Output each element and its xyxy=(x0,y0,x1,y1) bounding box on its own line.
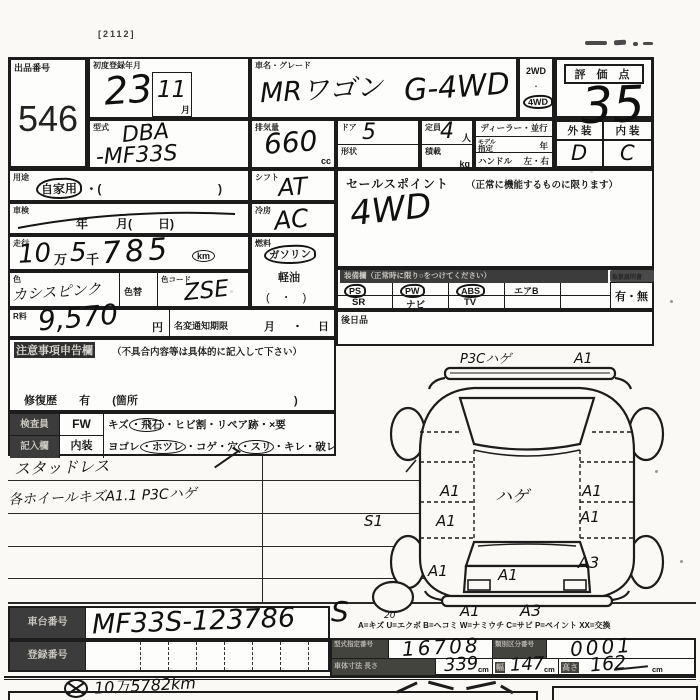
dealer-box: ディーラー・並行 モデル 指定 年 ハンドル 左・右 xyxy=(474,119,554,169)
chassis-number: MF33S-123786 xyxy=(92,604,296,638)
rename-day: 日 xyxy=(318,318,329,334)
chassis-row: 車台番号 MF33S-123786 xyxy=(8,606,330,640)
capacity-load-box: 定員 4 人 積載 kg xyxy=(420,119,474,169)
model-year-cell: モデル 指定 年 xyxy=(476,137,552,153)
interior-items: ヨゴレホツレコゲ穴スリキレ破レ xyxy=(108,439,336,454)
auction-sheet: [2112] 出品番号 546 初度登録年月 23 11 月 車名・グレード M… xyxy=(0,0,700,700)
fuel-diesel: 軽油 xyxy=(278,269,300,285)
rename-dot: ・ xyxy=(292,318,303,334)
repair-label: 修復歴 xyxy=(24,395,57,407)
mileage-man: 10 xyxy=(17,240,51,268)
auction-number-label: 出品番号 xyxy=(14,61,50,74)
legend-hand-s: S xyxy=(331,598,349,626)
notice-box: 注意事項申告欄 （不具合内容等は具体的に記入して下さい） 修復歴 有 (箇所 ) xyxy=(8,338,336,412)
equipment-box: 装備欄（正常時に限り○をつけてください） 取扱説明書 PS PW ABS エアB… xyxy=(336,268,654,310)
displacement-value: 660 xyxy=(263,127,318,159)
interior-item: コゲ xyxy=(186,441,218,453)
tail-lamp-left xyxy=(468,580,490,590)
use-row: 用途 自家用 ・( ) xyxy=(8,169,250,202)
month-unit: 月 xyxy=(181,103,190,116)
partial-bottom-left-box xyxy=(8,691,538,700)
interior-item: 破レ xyxy=(305,441,337,453)
interior-item-circled: ホツレ xyxy=(140,440,186,454)
type-no-label: 型式指定番号 xyxy=(332,640,389,658)
tail-lamp-right xyxy=(564,580,586,590)
fuel-cell: 燃料 ガソリン 軽油 ( ・ ) xyxy=(250,235,336,308)
diagram-gate-mark: A1 xyxy=(497,566,518,584)
capacity-label: 定員 xyxy=(425,122,441,133)
inspector-label-1: 検査員 xyxy=(10,414,60,436)
use-value: 自家用 xyxy=(36,177,83,200)
registration-label: 登録番号 xyxy=(10,642,86,670)
color-code: ZSE xyxy=(183,278,230,306)
rename-deadline-cell: 名変通知期限 月 ・ 日 xyxy=(170,310,338,336)
scan-corner-mark: [2112] xyxy=(98,29,136,39)
inspector-note-2: 各ホイールキズA1.1 P3Cハゲ xyxy=(8,487,197,508)
fw-item: ×要 xyxy=(259,419,286,431)
notice-label: 注意事項申告欄 xyxy=(14,342,95,358)
type-class-table: 型式指定番号 16708 類別区分番号 0001 車体寸法 長さ 339 cm … xyxy=(330,638,696,676)
use-paren-close: ) xyxy=(218,182,222,196)
drive-type-box: 2WD ・ 4WD xyxy=(518,57,554,119)
displacement-unit: cc xyxy=(321,156,331,166)
model-code-label: 型式 xyxy=(93,122,109,133)
scan-smudge xyxy=(643,42,653,45)
repair-value: 有 xyxy=(79,395,90,407)
first-registration-box: 初度登録年月 23 11 月 xyxy=(88,57,250,119)
spare-tire xyxy=(373,582,413,612)
diagram-lr-door-mark: A1 xyxy=(435,512,456,530)
man-unit: 万 xyxy=(54,249,67,268)
inspector-note-1: スタッドレス xyxy=(14,458,110,477)
diagram-left-side-mark: S1 xyxy=(364,512,383,530)
partial-bottom-right-box xyxy=(552,686,698,700)
diagram-lr-quarter-mark: A1 xyxy=(427,562,448,580)
diagram-lf-door-mark: A1 xyxy=(439,482,460,500)
fuel-gasoline-wrap: ガソリン xyxy=(264,245,316,264)
inspector-label-2: 記入欄 xyxy=(10,436,60,458)
width-value: 147 xyxy=(510,655,545,675)
stray-mark xyxy=(406,460,416,472)
sales-point-box: セールスポイント （正常に機能するものに限ります） 4WD xyxy=(336,169,654,268)
door-shape-box: ドア 5 形状 xyxy=(336,119,420,169)
inspector-box: 検査員 記入欄 FW 内装 キズ飛石ヒビ割リペア跡×要 ヨゴレホツレコゲ穴スリキ… xyxy=(8,412,336,456)
chassis-label: 車台番号 xyxy=(10,608,86,638)
damage-legend: A=キズ U=エクボ B=ヘコミ W=ナミウチ C=サビ P=ペイント XX=交… xyxy=(358,620,690,631)
diagram-spare-mark: 20 xyxy=(384,611,396,620)
auction-number: 546 xyxy=(11,98,85,140)
shift-label: シフト xyxy=(255,172,279,183)
ac-label: 冷房 xyxy=(255,205,271,216)
shaken-row: 車検 年月(日) xyxy=(8,202,250,235)
color-change-label: 色替 xyxy=(124,285,142,298)
sales-point-note: （正常に機能するものに限ります） xyxy=(466,177,618,191)
model-code-line2: -MF33S xyxy=(95,143,178,169)
scan-smudge xyxy=(614,40,626,46)
fw-item: ヒビ割 xyxy=(164,419,206,431)
car-name-box: 車名・グレード MRワゴン G-4WD xyxy=(250,57,518,119)
car-name: MRワゴン xyxy=(259,74,383,107)
fee-row: R料 9,570 円 名変通知期限 月 ・ 日 xyxy=(8,308,336,338)
fee-label: R料 xyxy=(13,311,27,322)
equip-sr: SR xyxy=(352,297,365,308)
model-code-box: 型式 DBA -MF33S xyxy=(88,119,250,169)
use-paren-open: ・( xyxy=(85,182,101,196)
diagram-rf-door-mark: A1 xyxy=(581,482,602,500)
color-label: 色 xyxy=(13,274,21,285)
diagram-rear-below-left-mark: A1 xyxy=(459,602,480,620)
length-value: 339 xyxy=(443,655,479,675)
interior-grade: C xyxy=(620,143,635,164)
fw-items: キズ飛石ヒビ割リペア跡×要 xyxy=(108,417,286,432)
length-label: 長さ xyxy=(364,663,378,670)
mileage-row: 走行 10 万 5 千 785 km xyxy=(8,235,250,271)
score-value: 35 xyxy=(580,79,645,131)
equipment-row1: PS PW ABS エアB xyxy=(338,283,610,296)
registration-row: 登録番号 xyxy=(8,640,330,672)
fuel-gasoline: ガソリン xyxy=(264,244,317,265)
mileage-sen: 5 xyxy=(70,240,87,266)
first-registration-month: 11 xyxy=(157,79,186,102)
use-label: 用途 xyxy=(13,172,29,183)
width-unit: cm xyxy=(544,665,555,674)
scan-smudge xyxy=(633,42,638,46)
diagram-front-note: P3Cハゲ xyxy=(460,352,513,367)
interior-item: キレ xyxy=(274,441,305,453)
equip-tv: TV xyxy=(464,297,476,308)
note-column-divider xyxy=(262,456,263,602)
height-label: 高さ xyxy=(561,662,579,673)
diagram-rr-quarter-mark: A3 xyxy=(577,553,599,572)
rename-label: 名変通知期限 xyxy=(174,319,228,332)
mileage-rest: 785 xyxy=(101,235,172,270)
diagram-rr-door-mark: A1 xyxy=(579,508,600,526)
dimensions-label: 車体寸法 長さ xyxy=(332,659,436,675)
dealer-label: ディーラー・並行 xyxy=(476,121,552,137)
rename-month: 月 xyxy=(264,318,275,334)
interior-row-label: 内装 xyxy=(60,436,104,458)
door-value: 5 xyxy=(362,122,376,144)
length-unit: cm xyxy=(478,665,489,674)
sales-point-value: 4WD xyxy=(348,189,433,231)
width-label: 幅 xyxy=(495,662,505,673)
sen-unit: 千 xyxy=(86,249,99,268)
fw-label: FW xyxy=(60,414,104,436)
fee-unit: 円 xyxy=(152,319,163,335)
diagram-rear-below-right-mark: A3 xyxy=(519,601,541,620)
equipment-row2: SR ナビ TV xyxy=(338,296,610,310)
door-label: ドア xyxy=(341,122,357,133)
capacity-unit: 人 xyxy=(462,131,471,144)
car-grade: G-4WD xyxy=(403,69,511,106)
exterior-grade-cell: D xyxy=(557,141,604,166)
fw-item: キズ xyxy=(108,419,129,431)
interior-item-circled: スリ xyxy=(238,440,274,454)
shift-cell: シフト AT xyxy=(250,169,336,202)
capacity-value: 4 xyxy=(440,121,454,143)
equip-navi: ナビ xyxy=(406,297,425,311)
spec-unit: 年 xyxy=(539,140,548,152)
auction-number-box: 出品番号 546 xyxy=(8,57,88,169)
doc-label: 取扱説明書 xyxy=(612,272,642,281)
fw-item-circled: 飛石 xyxy=(129,418,165,432)
recycle-fee-cell: R料 9,570 円 xyxy=(10,310,170,336)
dim-label: 車体寸法 xyxy=(334,663,362,670)
shape-label: 形状 xyxy=(341,146,357,157)
repair-history-line: 修復歴 有 (箇所 ) xyxy=(24,392,298,408)
doc-options: 有・無 xyxy=(615,288,648,304)
load-unit: kg xyxy=(459,159,470,169)
use-value-wrap: 自家用 ・( ) xyxy=(36,178,222,199)
first-registration-year: 23 xyxy=(103,69,154,110)
drive-4wd-wrap: 4WD xyxy=(522,92,554,110)
car-damage-diagram: P3Cハゲ A1 ハゲ A1 A1 A1 A1 S1 A1 A1 A3 A1 A… xyxy=(362,350,692,620)
load-label: 積載 xyxy=(425,146,441,157)
diagram-front-mark: A1 xyxy=(573,351,592,367)
car-name-label: 車名・グレード xyxy=(255,60,311,71)
first-registration-month-cell: 11 月 xyxy=(152,72,192,117)
partial-scribble xyxy=(428,681,454,690)
scan-speckle xyxy=(670,300,673,303)
diagram-roof-mark: ハゲ xyxy=(495,487,532,507)
score-box: 評 価 点 35 xyxy=(554,57,654,119)
handle-options: 左・右 xyxy=(523,155,549,167)
scan-smudge xyxy=(585,41,607,45)
capacity-cell: 定員 4 人 xyxy=(422,121,472,145)
dimensions-row: 車体寸法 長さ 339 cm 幅 147 cm 高さ 162 cm xyxy=(332,659,694,675)
exterior-grade: D xyxy=(571,143,587,164)
ac-value: AC xyxy=(273,205,310,233)
drive-4wd-selected: 4WD xyxy=(523,94,553,109)
later-items-box: 後日品 xyxy=(336,310,654,346)
interior-grade-cell: C xyxy=(604,141,651,166)
doc-options-cell: 有・無 xyxy=(610,282,654,310)
fw-item: リペア跡 xyxy=(206,419,258,431)
color-change-cell: 色替 xyxy=(120,273,158,306)
fee-value: 9,570 xyxy=(37,301,119,336)
windshield xyxy=(460,398,594,450)
color-row: 色 カシスピンク 色替 色コード ZSE xyxy=(8,271,250,308)
door-cell: ドア 5 xyxy=(338,121,418,145)
handle-label: ハンドル xyxy=(478,155,512,167)
fuel-paren: ( ・ ) xyxy=(266,289,306,305)
later-items-label: 後日品 xyxy=(341,313,368,326)
displacement-box: 排気量 660 cc xyxy=(250,119,336,169)
repair-loc-open: (箇所 xyxy=(112,395,138,407)
repair-loc-close: ) xyxy=(294,395,298,407)
doc-header-smudge: 取扱説明書 xyxy=(610,270,654,282)
notice-note: （不具合内容等は具体的に記入して下さい） xyxy=(112,344,302,358)
shape-cell: 形状 xyxy=(338,145,418,169)
color-code-cell: 色コード ZSE xyxy=(158,273,248,306)
handle-cell: ハンドル 左・右 xyxy=(476,153,552,169)
ac-cell: 冷房 AC xyxy=(250,202,336,235)
shaken-strike-mark xyxy=(10,204,248,233)
interior-item: ヨゴレ xyxy=(108,441,140,453)
height-unit: cm xyxy=(652,665,663,674)
height-value: 162 xyxy=(589,653,627,675)
km-unit: km xyxy=(192,250,215,262)
drive-2wd: 2WD xyxy=(520,66,552,76)
load-cell: 積載 kg xyxy=(422,145,472,169)
shift-value: AT xyxy=(277,174,308,200)
drive-separator: ・ xyxy=(520,81,552,92)
partial-scribble xyxy=(466,681,496,690)
